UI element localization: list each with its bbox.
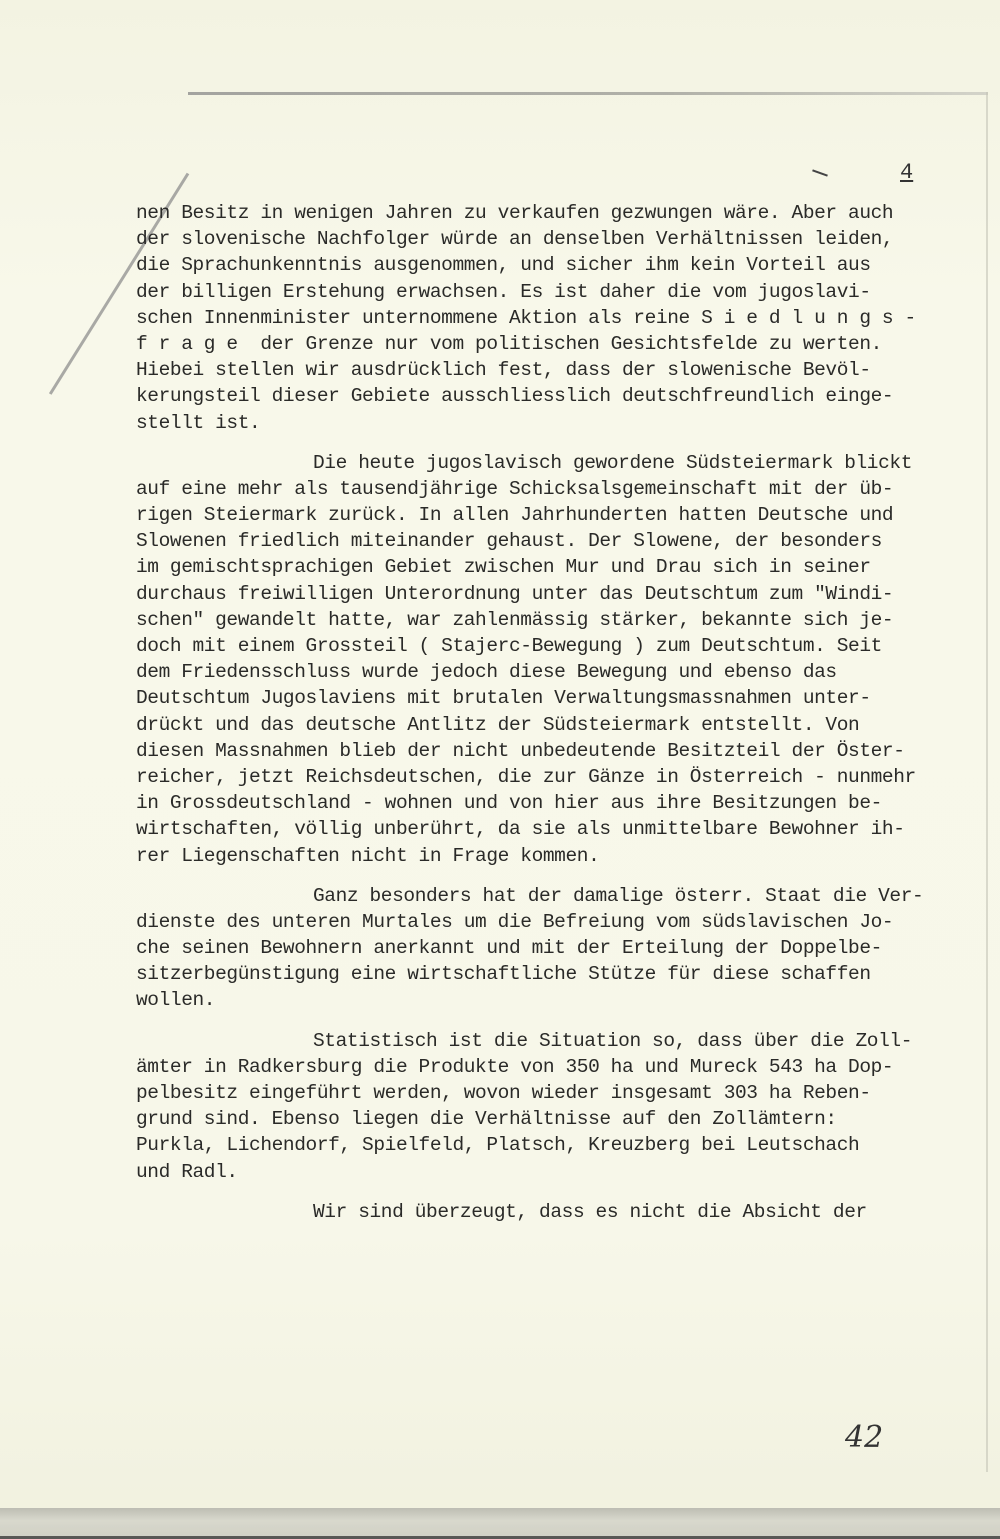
text-line: wollen. bbox=[136, 987, 976, 1013]
text-line: Slowenen friedlich miteinander gehaust. … bbox=[136, 528, 976, 554]
text-line: rer Liegenschaften nicht in Frage kommen… bbox=[136, 843, 976, 869]
paragraph: Die heute jugoslavisch gewordene Südstei… bbox=[136, 450, 976, 869]
text-line: dem Friedensschluss wurde jedoch diese B… bbox=[136, 659, 976, 685]
text-line: schen" gewandelt hatte, war zahlenmässig… bbox=[136, 607, 976, 633]
paper-fold-edge bbox=[188, 92, 988, 95]
paragraph: Wir sind überzeugt, dass es nicht die Ab… bbox=[136, 1199, 976, 1225]
text-line: durchaus freiwilligen Unterordnung unter… bbox=[136, 581, 976, 607]
text-line: Wir sind überzeugt, dass es nicht die Ab… bbox=[136, 1199, 976, 1225]
pencil-mark bbox=[812, 169, 828, 176]
text-line: drückt und das deutsche Antlitz der Süds… bbox=[136, 712, 976, 738]
text-line: Statistisch ist die Situation so, dass ü… bbox=[136, 1028, 976, 1054]
text-line: in Grossdeutschland - wohnen und von hie… bbox=[136, 790, 976, 816]
scanned-page: 4 nen Besitz in wenigen Jahren zu verkau… bbox=[0, 0, 1000, 1539]
text-line: der slovenische Nachfolger würde an dens… bbox=[136, 226, 976, 252]
paragraph: Ganz besonders hat der damalige österr. … bbox=[136, 883, 976, 1014]
text-line: f r a g e der Grenze nur vom politischen… bbox=[136, 331, 976, 357]
text-line: dienste des unteren Murtales um die Befr… bbox=[136, 909, 976, 935]
text-line: im gemischtsprachigen Gebiet zwischen Mu… bbox=[136, 554, 976, 580]
text-line: sitzerbegünstigung eine wirtschaftliche … bbox=[136, 961, 976, 987]
page-number: 4 bbox=[900, 160, 913, 185]
text-line: diesen Massnahmen blieb der nicht unbede… bbox=[136, 738, 976, 764]
text-line: che seinen Bewohnern anerkannt und mit d… bbox=[136, 935, 976, 961]
text-line: reicher, jetzt Reichsdeutschen, die zur … bbox=[136, 764, 976, 790]
text-line: wirtschaften, völlig unberührt, da sie a… bbox=[136, 816, 976, 842]
text-line: nen Besitz in wenigen Jahren zu verkaufe… bbox=[136, 200, 976, 226]
text-line: pelbesitz eingeführt werden, wovon wiede… bbox=[136, 1080, 976, 1106]
text-line: Deutschtum Jugoslaviens mit brutalen Ver… bbox=[136, 685, 976, 711]
typewritten-body: nen Besitz in wenigen Jahren zu verkaufe… bbox=[136, 200, 976, 1225]
text-line: ämter in Radkersburg die Produkte von 35… bbox=[136, 1054, 976, 1080]
text-line: Ganz besonders hat der damalige österr. … bbox=[136, 883, 976, 909]
text-line: rigen Steiermark zurück. In allen Jahrhu… bbox=[136, 502, 976, 528]
paper-right-edge bbox=[986, 92, 988, 1472]
text-line: doch mit einem Grossteil ( Stajerc-Beweg… bbox=[136, 633, 976, 659]
paragraph: Statistisch ist die Situation so, dass ü… bbox=[136, 1028, 976, 1185]
text-line: Hiebei stellen wir ausdrücklich fest, da… bbox=[136, 357, 976, 383]
paragraph: nen Besitz in wenigen Jahren zu verkaufe… bbox=[136, 200, 976, 436]
text-line: Purkla, Lichendorf, Spielfeld, Platsch, … bbox=[136, 1132, 976, 1158]
text-line: der billigen Erstehung erwachsen. Es ist… bbox=[136, 279, 976, 305]
text-line: grund sind. Ebenso liegen die Verhältnis… bbox=[136, 1106, 976, 1132]
text-line: Die heute jugoslavisch gewordene Südstei… bbox=[136, 450, 976, 476]
text-line: kerungsteil dieser Gebiete ausschliessli… bbox=[136, 383, 976, 409]
handwritten-folio-number: 42 bbox=[845, 1420, 883, 1455]
text-line: und Radl. bbox=[136, 1159, 976, 1185]
text-line: die Sprachunkenntnis ausgenommen, und si… bbox=[136, 252, 976, 278]
text-line: auf eine mehr als tausendjährige Schicks… bbox=[136, 476, 976, 502]
paper-bottom-edge bbox=[0, 1508, 1000, 1539]
text-line: schen Innenminister unternommene Aktion … bbox=[136, 305, 976, 331]
text-line: stellt ist. bbox=[136, 410, 976, 436]
